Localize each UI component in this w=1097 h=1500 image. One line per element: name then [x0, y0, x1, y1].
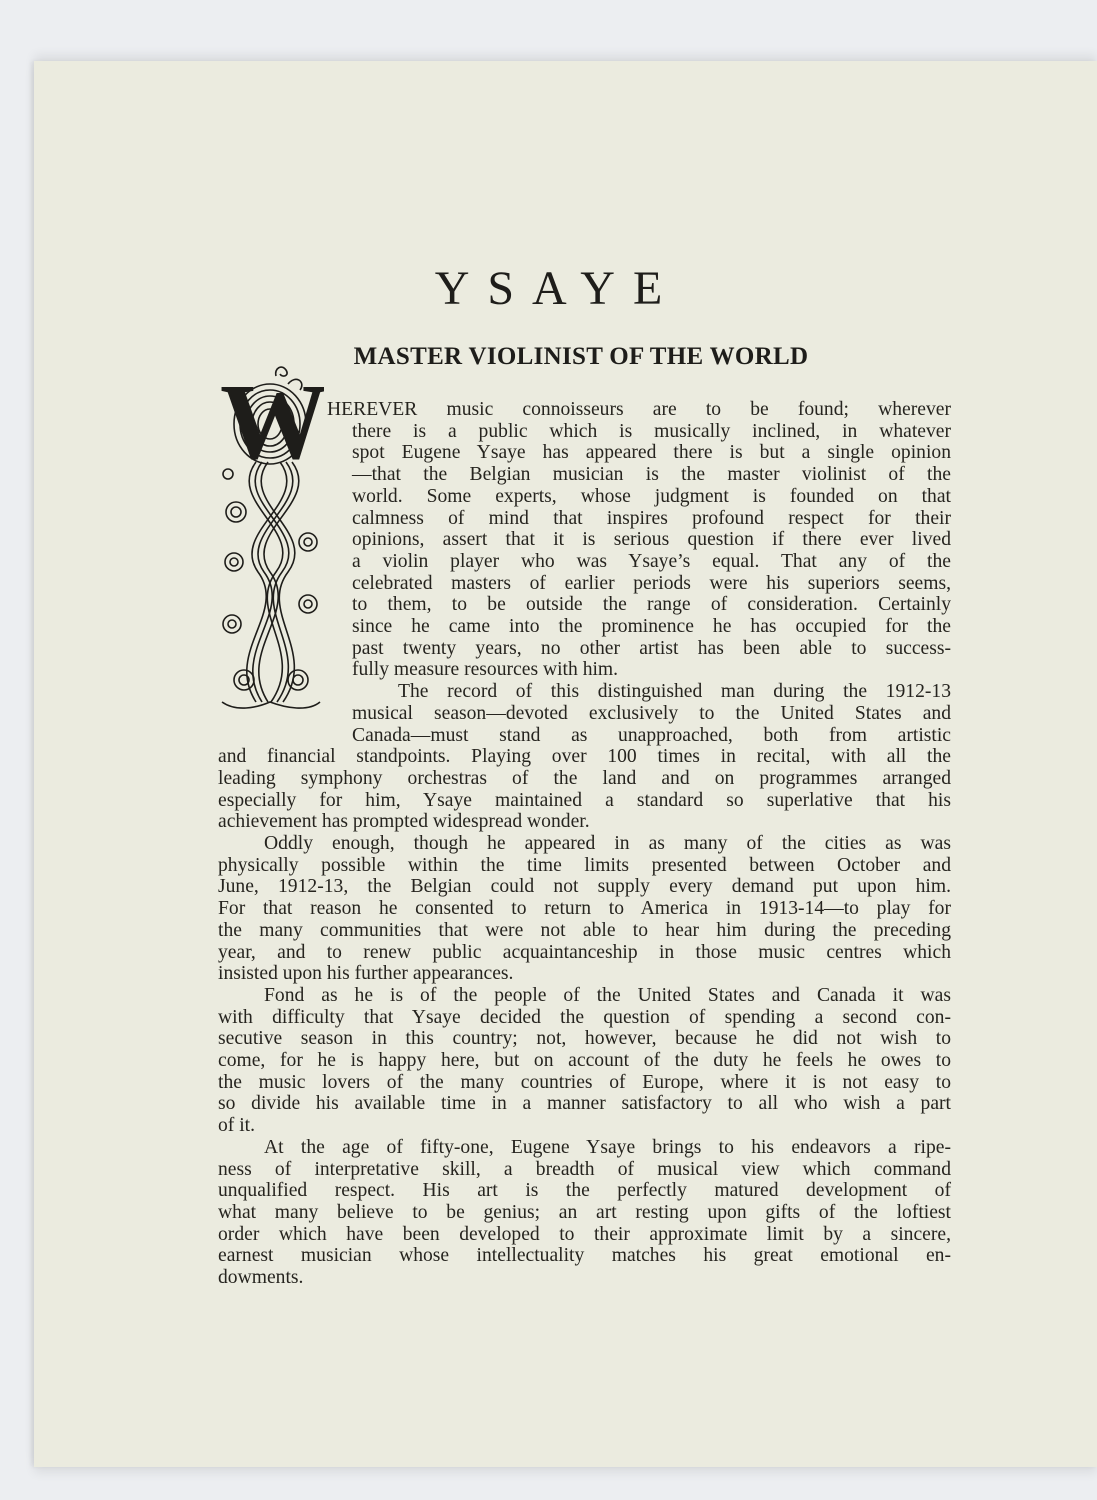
- page-title: YSAYE: [0, 265, 1097, 313]
- text-line: year, and to renew public acquaintancesh…: [218, 942, 951, 964]
- text-line: what many believe to be genius; an art r…: [218, 1202, 951, 1224]
- text-line: spot Eugene Ysaye has appeared there is …: [352, 442, 951, 464]
- text-line: especially for him, Ysaye maintained a s…: [218, 790, 951, 812]
- page-subtitle: MASTER VIOLINIST OF THE WORLD: [0, 343, 1097, 371]
- drop-cap-ornament-icon: W: [216, 362, 324, 714]
- text-line: the many communities that were not able …: [218, 920, 951, 942]
- text-line: calmness of mind that inspires profound …: [352, 508, 951, 530]
- text-line: Fond as he is of the people of the Unite…: [264, 985, 951, 1007]
- text-line: there is a public which is musically inc…: [352, 421, 951, 443]
- text-line: the music lovers of the many countries o…: [218, 1072, 951, 1094]
- text-line: Oddly enough, though he appeared in as m…: [264, 833, 951, 855]
- text-line: so divide his available time in a manner…: [218, 1093, 951, 1115]
- text-line: For that reason he consented to return t…: [218, 898, 951, 920]
- text-line: The record of this distinguished man dur…: [398, 681, 951, 703]
- drop-cap-letter: W: [220, 363, 324, 482]
- text-line: a violin player who was Ysaye’s equal. T…: [352, 551, 951, 573]
- text-line: insisted upon his further appearances.: [218, 963, 951, 985]
- text-line: physically possible within the time limi…: [218, 855, 951, 877]
- text-line: celebrated masters of earlier periods we…: [352, 573, 951, 595]
- text-line: past twenty years, no other artist has b…: [352, 638, 951, 660]
- text-line: fully measure resources with him.: [352, 659, 951, 681]
- text-line: to them, to be outside the range of cons…: [352, 594, 951, 616]
- text-line: HEREVER music connoisseurs are to be fou…: [327, 399, 951, 421]
- text-line: with difficulty that Ysaye decided the q…: [218, 1007, 951, 1029]
- text-line: —that the Belgian musician is the master…: [352, 464, 951, 486]
- text-line: opinions, assert that it is serious ques…: [352, 529, 951, 551]
- text-line: leading symphony orchestras of the land …: [218, 768, 951, 790]
- text-line: world. Some experts, whose judgment is f…: [352, 486, 951, 508]
- text-line: secutive season in this country; not, ho…: [218, 1028, 951, 1050]
- text-line: earnest musician whose intellectuality m…: [218, 1245, 951, 1267]
- text-line: At the age of fifty-one, Eugene Ysaye br…: [264, 1137, 951, 1159]
- text-line: June, 1912-13, the Belgian could not sup…: [218, 876, 951, 898]
- text-line: musical season—devoted exclusively to th…: [352, 703, 951, 725]
- text-line: of it.: [218, 1115, 951, 1137]
- text-line: Canada—must stand as unapproached, both …: [352, 725, 951, 747]
- text-line: dowments.: [218, 1267, 951, 1289]
- text-line: ness of interpretative skill, a breadth …: [218, 1159, 951, 1181]
- text-line: and financial standpoints. Playing over …: [218, 746, 951, 768]
- text-line: achievement has prompted widespread wond…: [218, 811, 951, 833]
- text-line: come, for he is happy here, but on accou…: [218, 1050, 951, 1072]
- text-line: order which have been developed to their…: [218, 1224, 951, 1246]
- text-line: unqualified respect. His art is the perf…: [218, 1180, 951, 1202]
- text-line: since he came into the prominence he has…: [352, 616, 951, 638]
